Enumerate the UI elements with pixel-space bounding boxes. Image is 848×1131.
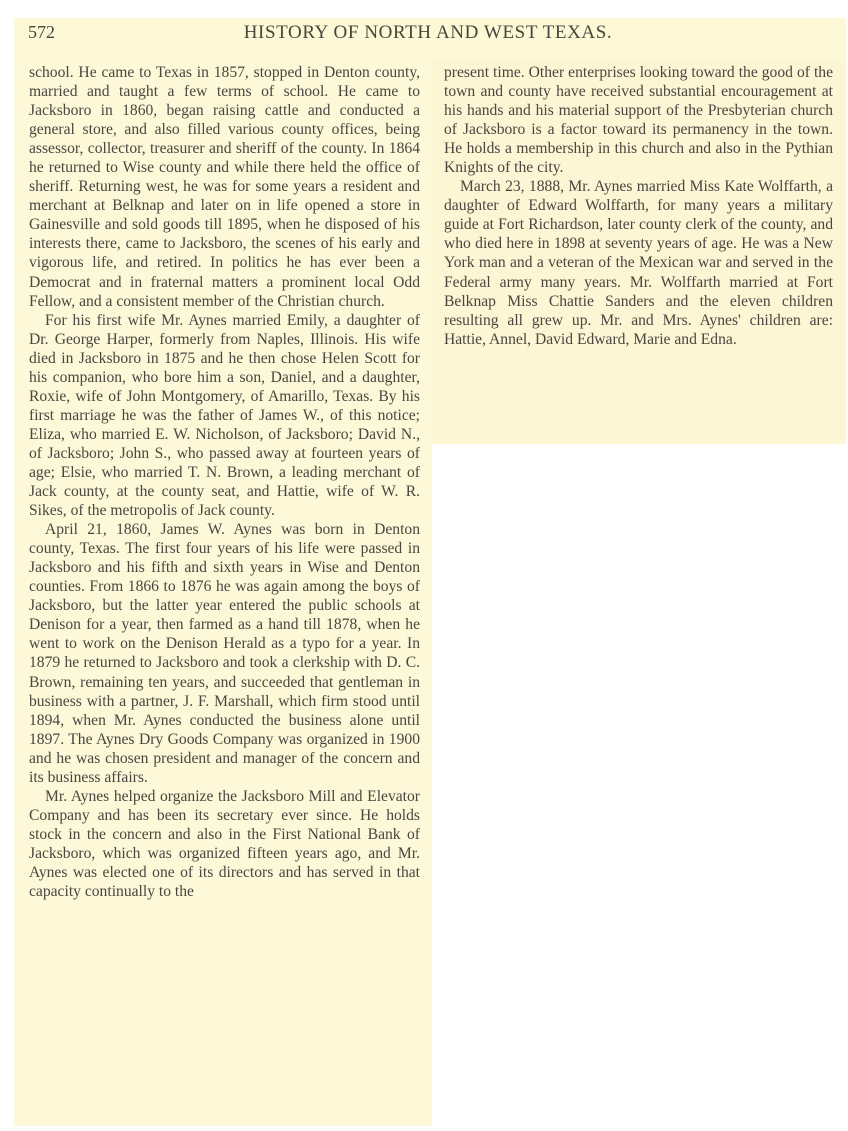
running-title: HISTORY OF NORTH AND WEST TEXAS. bbox=[0, 22, 848, 44]
paragraph: April 21, 1860, James W. Aynes was born … bbox=[29, 520, 420, 787]
paragraph: school. He came to Texas in 1857, stoppe… bbox=[29, 63, 420, 311]
paragraph: Mr. Aynes helped organize the Jacksboro … bbox=[29, 787, 420, 901]
paragraph: March 23, 1888, Mr. Aynes married Miss K… bbox=[444, 177, 833, 348]
right-column-text: present time. Other enterprises looking … bbox=[444, 63, 833, 349]
left-column-text: school. He came to Texas in 1857, stoppe… bbox=[29, 63, 420, 901]
paragraph: present time. Other enterprises looking … bbox=[444, 63, 833, 177]
paragraph: For his first wife Mr. Aynes married Emi… bbox=[29, 311, 420, 521]
